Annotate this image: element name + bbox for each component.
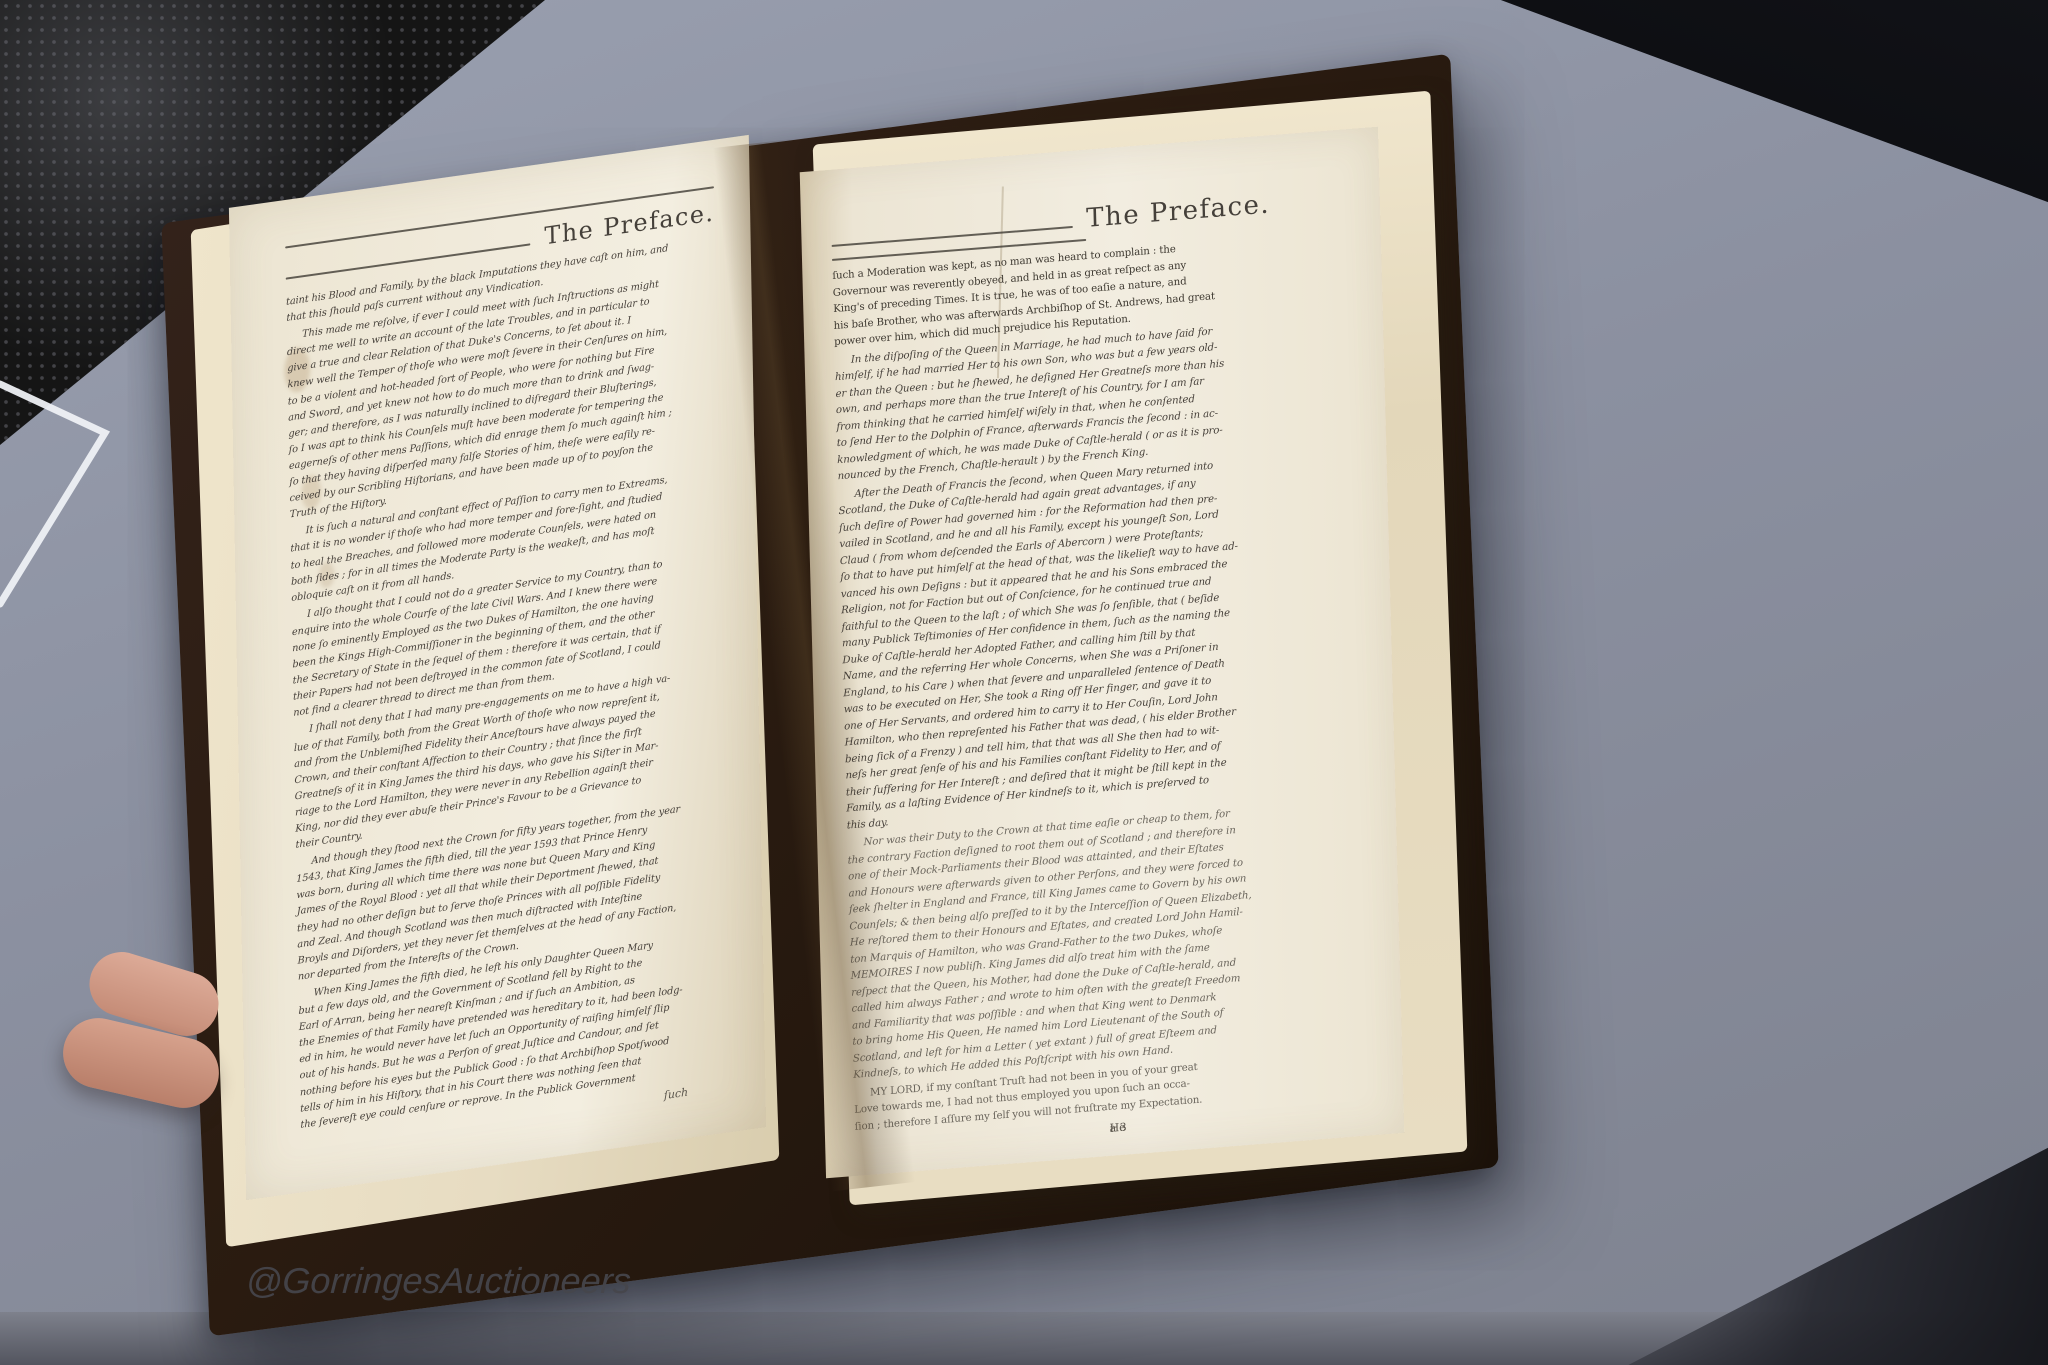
left-page-text: taint his Blood and Family, by the black… <box>286 235 729 1134</box>
page-header: The Preface. <box>1086 189 1271 233</box>
right-page-content: The Preface. ſuch a Moderation was kept,… <box>831 179 1294 1153</box>
wire-stand <box>0 366 120 616</box>
auction-watermark: @GorringesAuctioneers <box>245 1260 632 1302</box>
catchword: He <box>1109 1121 1125 1135</box>
catchword: ſuch <box>664 1085 688 1101</box>
left-page-content: The Preface. taint his Blood and Family,… <box>285 186 730 1170</box>
right-page-text: ſuch a Moderation was kept, as no man wa… <box>832 234 1293 1135</box>
photo-scene: The Preface. taint his Blood and Family,… <box>0 0 2048 1365</box>
paragraph: Nor was their Duty to the Crown at that … <box>847 802 1292 1084</box>
paragraph: After the Death of Francis the ſecond, w… <box>838 453 1286 834</box>
left-page: The Preface. taint his Blood and Family,… <box>229 135 766 1200</box>
black-mat-top-right <box>1478 0 2048 235</box>
